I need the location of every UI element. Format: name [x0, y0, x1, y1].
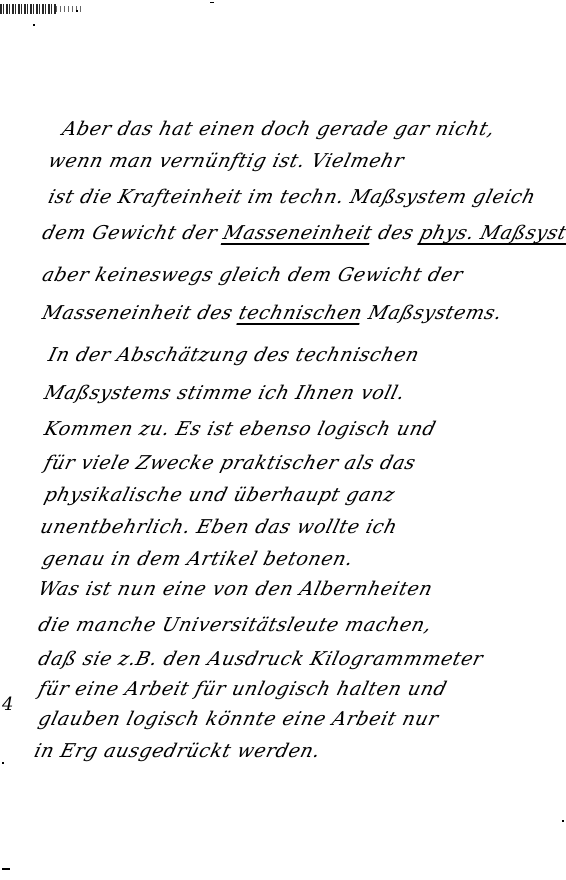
text-line-6: Masseneinheit des technischen Maßsystems…: [40, 302, 504, 324]
text-segment: des: [369, 222, 423, 244]
underlined-term: Masseneinheit: [221, 222, 375, 244]
text-line-18: glauben logisch könnte eine Arbeit nur: [36, 708, 441, 730]
manuscript-page: Aber das hat einen doch gerade gar nicht…: [0, 0, 566, 880]
text-line-1: Aber das hat einen doch gerade gar nicht…: [60, 118, 497, 140]
scan-speck: [562, 820, 564, 822]
text-line-16: daß sie z.B. den Ausdruck Kilogrammmeter: [36, 648, 486, 670]
underlined-term: technischen: [237, 302, 365, 324]
text-line-11: physikalische und überhaupt ganz: [42, 484, 397, 506]
underlined-term: phys. Maßsystems: [417, 222, 566, 244]
text-line-14: Was ist nun eine von den Albernheiten: [36, 578, 435, 600]
scan-speck: [2, 868, 10, 870]
scan-speck: [2, 762, 4, 764]
text-line-7: In der Abschätzung des technischen: [46, 344, 422, 366]
text-line-8: Maßsystems stimme ich Ihnen voll.: [42, 382, 407, 404]
margin-mark: 4: [2, 694, 13, 715]
scan-speck: [76, 10, 78, 12]
scan-artifact: [0, 4, 56, 14]
text-line-12: unentbehrlich. Eben das wollte ich: [38, 516, 400, 538]
text-line-15: die manche Universitätsleute machen,: [36, 614, 434, 636]
text-line-13: genau in dem Artikel betonen.: [40, 548, 356, 570]
scan-speck: [210, 2, 214, 3]
text-line-4: dem Gewicht der Masseneinheit des phys. …: [40, 222, 566, 244]
text-line-19: in Erg ausgedrückt werden.: [32, 740, 323, 762]
text-line-17: für eine Arbeit für unlogisch halten und: [36, 678, 449, 700]
scan-artifact: [56, 6, 82, 12]
text-segment: Maßsystems.: [359, 302, 504, 324]
text-line-9: Kommen zu. Es ist ebenso logisch und: [42, 418, 438, 440]
text-line-2: wenn man vernünftig ist. Vielmehr: [46, 150, 407, 172]
text-segment: Masseneinheit des: [40, 302, 242, 324]
text-line-10: für viele Zwecke praktischer als das: [42, 452, 418, 474]
text-line-3: ist die Krafteinheit im techn. Maßsystem…: [46, 186, 538, 208]
text-line-5: aber keineswegs gleich dem Gewicht der: [40, 264, 465, 286]
text-segment: dem Gewicht der: [40, 222, 226, 244]
scan-speck: [33, 24, 35, 26]
